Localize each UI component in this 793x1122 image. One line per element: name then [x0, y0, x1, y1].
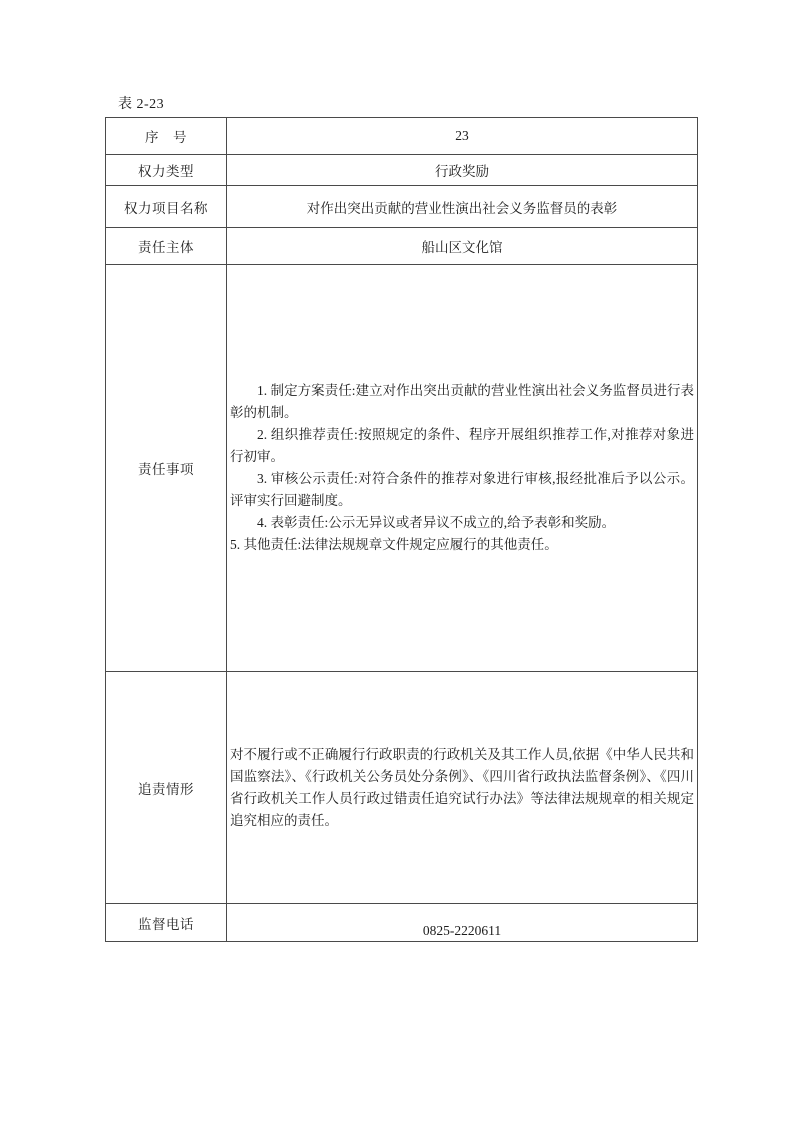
- responsibility-item-1: 1. 制定方案责任:建立对作出突出贡献的营业性演出社会义务监督员进行表彰的机制。: [230, 380, 694, 424]
- row-serial-number: 序 号 23: [106, 118, 698, 155]
- power-type-value: 行政奖励: [227, 155, 698, 186]
- row-responsible-entity: 责任主体 船山区文化馆: [106, 228, 698, 265]
- supervision-phone-label: 监督电话: [106, 904, 227, 942]
- table-caption: 表 2-23: [118, 93, 164, 113]
- accountability-text: 对不履行或不正确履行行政职责的行政机关及其工作人员,依据《中华人民共和国监察法》…: [230, 744, 694, 832]
- document-page: 表 2-23 序 号 23 权力类型 行政奖励 权力项目名称 对作出突出贡献的营…: [0, 0, 793, 1122]
- row-power-type: 权力类型 行政奖励: [106, 155, 698, 186]
- row-power-item-name: 权力项目名称 对作出突出贡献的营业性演出社会义务监督员的表彰: [106, 186, 698, 228]
- accountability-situations-content: 对不履行或不正确履行行政职责的行政机关及其工作人员,依据《中华人民共和国监察法》…: [227, 672, 698, 904]
- row-accountability-situations: 追责情形 对不履行或不正确履行行政职责的行政机关及其工作人员,依据《中华人民共和…: [106, 672, 698, 904]
- responsible-entity-value: 船山区文化馆: [227, 228, 698, 265]
- row-responsibility-items: 责任事项 1. 制定方案责任:建立对作出突出贡献的营业性演出社会义务监督员进行表…: [106, 265, 698, 672]
- responsibility-items-content: 1. 制定方案责任:建立对作出突出贡献的营业性演出社会义务监督员进行表彰的机制。…: [227, 265, 698, 672]
- accountability-situations-label: 追责情形: [106, 672, 227, 904]
- power-item-name-value: 对作出突出贡献的营业性演出社会义务监督员的表彰: [227, 186, 698, 228]
- power-responsibility-table: 序 号 23 权力类型 行政奖励 权力项目名称 对作出突出贡献的营业性演出社会义…: [105, 117, 698, 942]
- responsible-entity-label: 责任主体: [106, 228, 227, 265]
- row-supervision-phone: 监督电话 0825-2220611: [106, 904, 698, 942]
- power-type-label: 权力类型: [106, 155, 227, 186]
- responsibility-item-2: 2. 组织推荐责任:按照规定的条件、程序开展组织推荐工作,对推荐对象进行初审。: [230, 424, 694, 468]
- serial-number-label: 序 号: [106, 118, 227, 155]
- responsibility-items-label: 责任事项: [106, 265, 227, 672]
- responsibility-item-4: 4. 表彰责任:公示无异议或者异议不成立的,给予表彰和奖励。: [230, 512, 694, 534]
- serial-number-value: 23: [227, 118, 698, 155]
- supervision-phone-value: 0825-2220611: [227, 904, 698, 942]
- responsibility-item-5: 5. 其他责任:法律法规规章文件规定应履行的其他责任。: [230, 534, 694, 556]
- power-item-name-label: 权力项目名称: [106, 186, 227, 228]
- responsibility-item-3: 3. 审核公示责任:对符合条件的推荐对象进行审核,报经批准后予以公示。评审实行回…: [230, 468, 694, 512]
